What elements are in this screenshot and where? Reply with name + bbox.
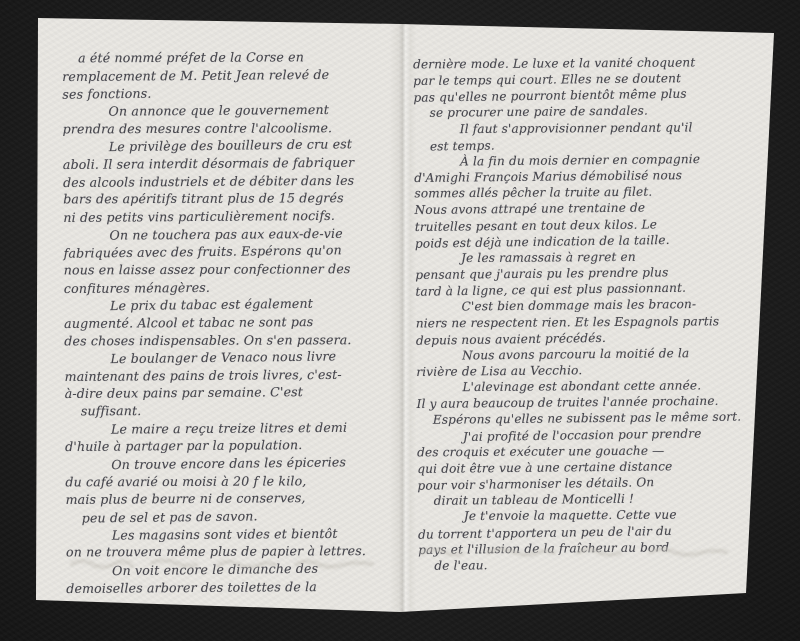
right-page-lines: dernière mode. Le luxe et la vanité choq… xyxy=(413,54,752,574)
handwritten-line: nous en laisse assez pour confectionner … xyxy=(64,260,404,279)
letter-sheet: a été nommé préfet de la Corse enremplac… xyxy=(0,0,800,641)
handwritten-line: bars des apéritifs titrant plus de 15 de… xyxy=(63,189,403,208)
letter-page-left: a été nommé préfet de la Corse enremplac… xyxy=(62,47,406,597)
handwritten-line: On annonce que le gouvernement xyxy=(62,100,402,120)
left-page-lines: a été nommé préfet de la Corse enremplac… xyxy=(62,47,406,597)
handwritten-line: augmenté. Alcool et tabac ne sont pas xyxy=(64,312,404,332)
handwritten-line: demoiselles arborer des toilettes de la xyxy=(66,577,406,597)
handwritten-line: Je les ramassais à regret en xyxy=(415,248,749,266)
handwritten-line: suffisant. xyxy=(65,401,405,420)
handwritten-line: du café avarié ou moisi à 20 f le kilo, xyxy=(65,472,405,491)
handwritten-line: aboli. Il sera interdit désormais de fab… xyxy=(63,153,403,173)
handwritten-line: sommes allés pêcher la truite au filet. xyxy=(414,183,748,201)
photo-mount-background: a été nommé préfet de la Corse enremplac… xyxy=(0,0,800,641)
handwritten-line: a été nommé préfet de la Corse en xyxy=(62,48,402,67)
handwritten-line: à-dire deux pains par semaine. C'est xyxy=(65,383,405,403)
handwritten-line: L'alevinage est abondant cette année. xyxy=(416,377,750,395)
handwritten-line: dernière mode. Le luxe et la vanité choq… xyxy=(413,54,747,72)
handwritten-line: de l'eau. xyxy=(418,554,752,574)
handwritten-line: des croquis et exécuter une gouache — xyxy=(417,442,751,460)
letter-page-right: dernière mode. Le luxe et la vanité choq… xyxy=(413,54,752,574)
